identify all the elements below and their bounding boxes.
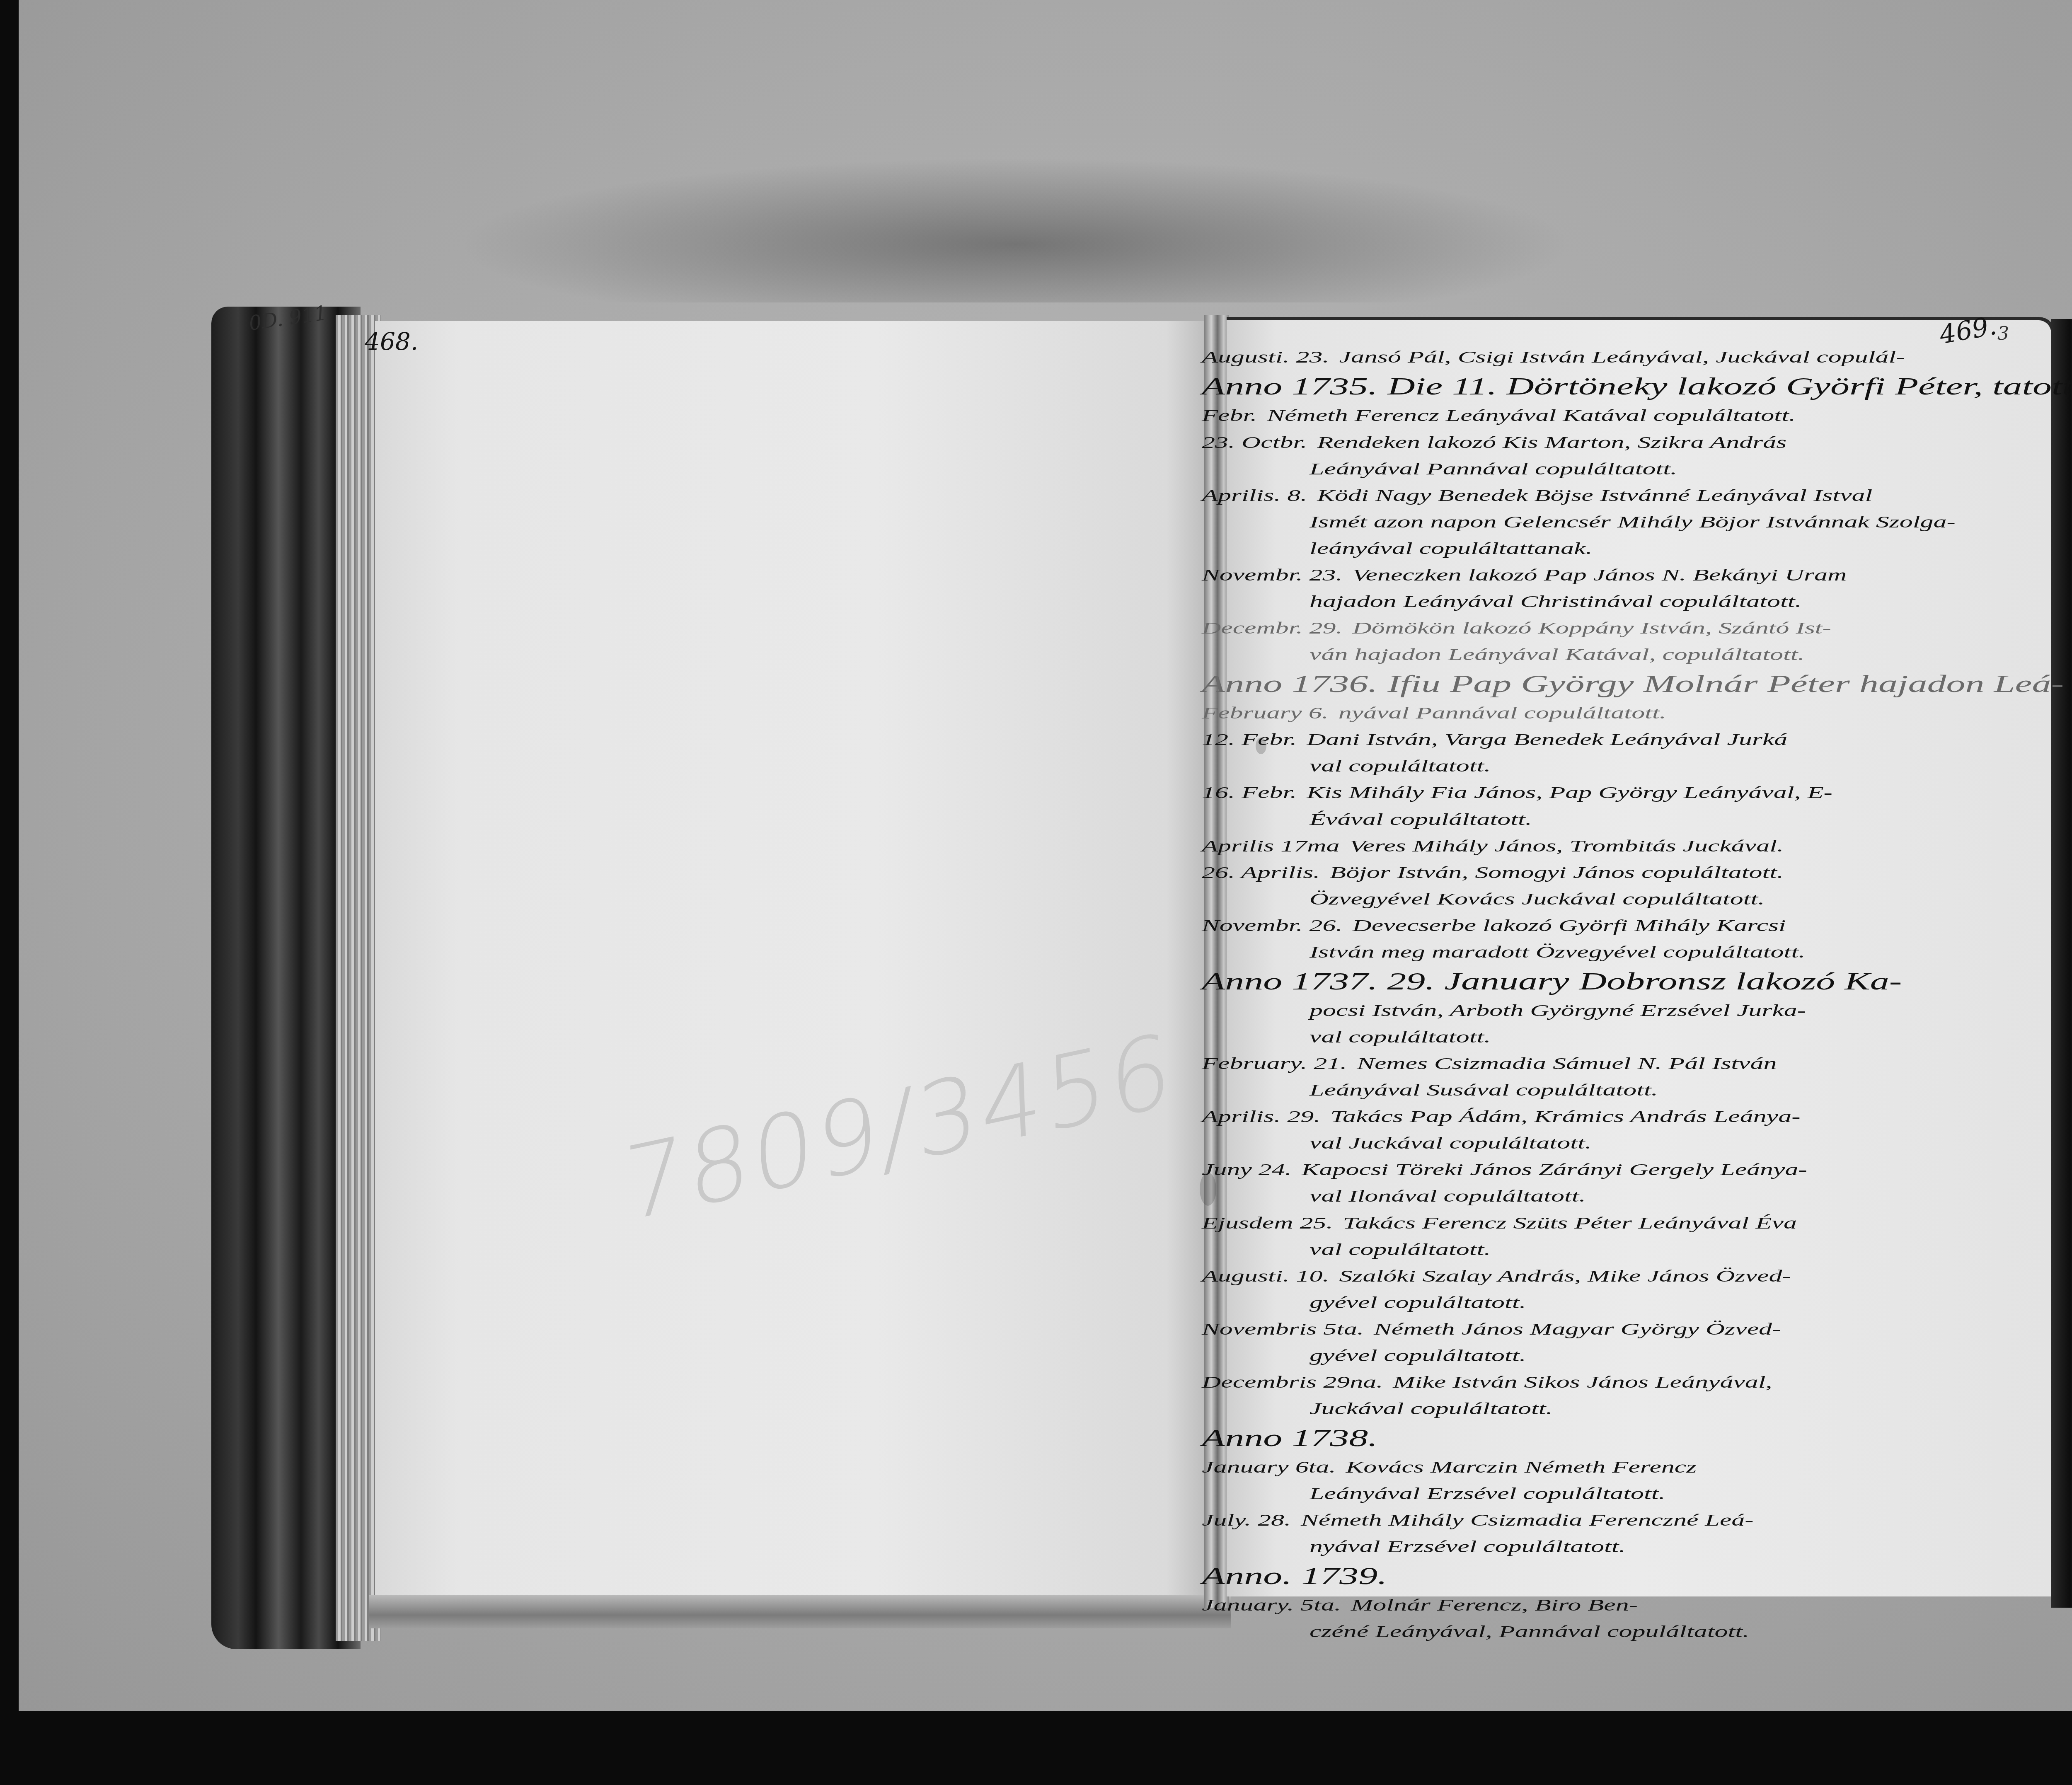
register-entry-line: Febr.Németh Ferencz Leányával Katával co… (1202, 402, 2002, 429)
register-entry-line: Juckával copuláltatott. (1202, 1396, 2002, 1422)
register-entry-line: leányával copuláltattanak. (1202, 535, 2002, 561)
register-entry-line: 12. Febr.Dani István, Varga Benedek Leán… (1202, 726, 2002, 753)
entry-date: February. 21. (1202, 1050, 1347, 1077)
register-entry-line: 23. Octbr.Rendeken lakozó Kis Marton, Sz… (1202, 429, 2002, 455)
entry-date: January 6ta. (1202, 1454, 1336, 1480)
register-entry-line: Anno 1737. 29. JanuaryDobronsz lakozó Ka… (1202, 965, 2002, 997)
register-entry-line: gyével copuláltatott. (1202, 1289, 2002, 1316)
register-entry-line: Novembr. 26.Devecserbe lakozó Györfi Mih… (1202, 912, 2002, 938)
entry-date: Aprilis. 29. (1202, 1103, 1320, 1130)
entry-text: Veneczken lakozó Pap János N. Bekányi Ur… (1353, 565, 1847, 584)
register-entry-line: pocsi István, Arboth Györgyné Erzsével J… (1202, 997, 2002, 1023)
entry-text: Kapocsi Töreki János Zárányi Gergely Leá… (1302, 1160, 1807, 1179)
entry-text: Leányával Erzsével copuláltatott. (1310, 1484, 1665, 1503)
left-page (375, 321, 1208, 1603)
register-entry-line: nyával Erzsével copuláltatott. (1202, 1533, 2002, 1560)
register-entry-line: val Juckával copuláltatott. (1202, 1130, 2002, 1156)
register-entry-line: 26. Aprilis.Böjor István, Somogyi János … (1202, 859, 2002, 885)
entry-text: val Juckával copuláltatott. (1310, 1134, 1592, 1152)
register-entry-line: val copuláltatott. (1202, 1236, 2002, 1263)
entry-text: Évával copuláltatott. (1310, 810, 1532, 828)
register-entry-line: val copuláltatott. (1202, 753, 2002, 779)
left-page-bottom-edge (369, 1595, 1231, 1628)
register-entry-line: January 6ta.Kovács Marczin Németh Ferenc… (1202, 1454, 2002, 1480)
entry-text: Németh János Magyar György Özved- (1374, 1319, 1781, 1338)
entry-date: July. 28. (1202, 1507, 1291, 1533)
right-cover-edge (2051, 319, 2072, 1608)
register-entry-line: February 6.nyával Pannával copuláltatott… (1202, 700, 2002, 726)
entry-text: pocsi István, Arboth Györgyné Erzsével J… (1310, 1001, 1806, 1019)
entry-date: Anno 1736. (1202, 668, 1377, 700)
register-entry-line: val Ilonával copuláltatott. (1202, 1183, 2002, 1209)
register-entry-line: Aprilis. 29.Takács Pap Ádám, Krámics And… (1202, 1103, 2002, 1130)
entry-text: val copuláltatott. (1310, 1027, 1491, 1046)
entry-text: Die 11. Dörtöneky lakozó Györfi Péter, t… (1387, 373, 2072, 400)
register-entry-line: val copuláltatott. (1202, 1023, 2002, 1050)
entry-text: Takács Ferencz Szüts Péter Leányával Éva (1343, 1213, 1796, 1232)
entry-text: ván hajadon Leányával Katával, copulálta… (1310, 645, 1805, 664)
entry-text: Dömökön lakozó Koppány István, Szántó Is… (1352, 619, 1831, 637)
register-entry-line: Aprilis 17maVeres Mihály János, Trombitá… (1202, 832, 2002, 859)
entry-text: Németh Ferencz Leányával Katával copulál… (1267, 406, 1796, 425)
entry-date: Juny 24. (1202, 1156, 1292, 1183)
register-entry-line: Ejusdem 25.Takács Ferencz Szüts Péter Le… (1202, 1209, 2002, 1236)
entry-date: Anno. 1739. (1202, 1560, 1387, 1592)
entry-date: Febr. (1202, 402, 1257, 429)
entry-date: 23. Octbr. (1202, 429, 1307, 455)
entry-date: Novembris 5ta. (1202, 1316, 1364, 1342)
register-entry-line: Anno. 1739. (1202, 1560, 2002, 1592)
entry-text: Juckával copuláltatott. (1310, 1399, 1553, 1418)
register-entry-line: hajadon Leányával Christinával copulálta… (1202, 588, 2002, 615)
entry-text: Özvegyével Kovács Juckával copuláltatott… (1310, 889, 1765, 908)
register-entry-line: czéné Leányával, Pannával copuláltatott. (1202, 1618, 2002, 1645)
register-entry-line: Évával copuláltatott. (1202, 806, 2002, 832)
entry-text: val copuláltatott. (1310, 1240, 1491, 1258)
entry-text: Leányával Susával copuláltatott. (1310, 1081, 1658, 1099)
entry-date: Aprilis 17ma (1202, 832, 1339, 859)
register-entry-line: ván hajadon Leányával Katával, copulálta… (1202, 641, 2002, 668)
entry-text: Kovács Marczin Németh Ferencz (1346, 1458, 1697, 1476)
register-entries: Augusti. 23.Jansó Pál, Csigi István Leán… (1202, 344, 2002, 1645)
entry-date: Novembr. 23. (1202, 561, 1343, 588)
register-entry-line: Ismét azon napon Gelencsér Mihály Böjor … (1202, 508, 2002, 535)
entry-text: István meg maradott Özvegyével copulálta… (1310, 942, 1805, 961)
entry-text: Mike István Sikos János Leányával, (1393, 1373, 1772, 1391)
entry-date: 12. Febr. (1202, 726, 1297, 753)
entry-date: Decembr. 29. (1202, 615, 1342, 641)
register-entry-line: Anno 1738. (1202, 1422, 2002, 1454)
entry-date: Decembris 29na. (1202, 1369, 1383, 1396)
entry-date: 26. Aprilis. (1202, 859, 1320, 885)
left-page-number: 468. (365, 327, 418, 356)
entry-text: val Ilonával copuláltatott. (1310, 1187, 1586, 1205)
entry-text: Molnár Ferencz, Biro Ben- (1351, 1596, 1638, 1614)
register-entry-line: Aprilis. 8.Ködi Nagy Benedek Böjse Istvá… (1202, 482, 2002, 508)
entry-text: Kis Mihály Fia János, Pap György Leányáv… (1307, 783, 1832, 802)
register-entry-line: Anno 1736.Ifiu Pap György Molnár Péter h… (1202, 668, 2002, 700)
register-entry-line: Leányával Pannával copuláltatott. (1202, 455, 2002, 482)
entry-text: Dani István, Varga Benedek Leányával Jur… (1307, 730, 1787, 749)
register-entry-line: January. 5ta.Molnár Ferencz, Biro Ben- (1202, 1592, 2002, 1618)
entry-text: czéné Leányával, Pannával copuláltatott. (1310, 1622, 1749, 1641)
register-entry-line: Decembris 29na.Mike István Sikos János L… (1202, 1369, 2002, 1396)
entry-date: Augusti. 23. (1202, 344, 1329, 370)
page-stack (336, 315, 381, 1641)
entry-text: Ködi Nagy Benedek Böjse Istvánné Leányáv… (1317, 486, 1872, 504)
register-entry-line: Augusti. 10.Szalóki Szalay András, Mike … (1202, 1263, 2002, 1289)
entry-date: January. 5ta. (1202, 1592, 1341, 1618)
entry-text: Leányával Pannával copuláltatott. (1310, 459, 1677, 478)
entry-date: Anno 1737. 29. January (1202, 965, 1569, 997)
entry-date: Novembr. 26. (1202, 912, 1343, 938)
entry-text: Böjor István, Somogyi János copuláltatot… (1330, 863, 1784, 881)
entry-text: Veres Mihály János, Trombitás Juckával. (1349, 836, 1784, 855)
entry-text: Ifiu Pap György Molnár Péter hajadon Leá… (1387, 670, 2064, 697)
register-entry-line: Özvegyével Kovács Juckával copuláltatott… (1202, 885, 2002, 912)
entry-text: nyával Erzsével copuláltatott. (1310, 1537, 1626, 1556)
entry-date: Ejusdem 25. (1202, 1209, 1333, 1236)
register-entry-line: Decembr. 29.Dömökön lakozó Koppány Istvá… (1202, 615, 2002, 641)
entry-text: Dobronsz lakozó Ka- (1579, 967, 1902, 994)
book-shadow (456, 157, 1575, 302)
register-entry-line: István meg maradott Özvegyével copulálta… (1202, 938, 2002, 965)
edge-mark: 3 (1997, 323, 2009, 344)
register-entry-line: Juny 24.Kapocsi Töreki János Zárányi Ger… (1202, 1156, 2002, 1183)
entry-text: Takács Pap Ádám, Krámics András Leánya- (1330, 1107, 1800, 1126)
entry-text: leányával copuláltattanak. (1310, 539, 1593, 557)
entry-date: Anno 1735. (1202, 370, 1377, 402)
register-entry-line: July. 28.Németh Mihály Csizmadia Ferencz… (1202, 1507, 2002, 1533)
register-entry-line: Augusti. 23.Jansó Pál, Csigi István Leán… (1202, 344, 2002, 370)
entry-date: Augusti. 10. (1202, 1263, 1329, 1289)
register-entry-line: Anno 1735.Die 11. Dörtöneky lakozó Györf… (1202, 370, 2002, 402)
entry-text: Devecserbe lakozó Györfi Mihály Karcsi (1353, 916, 1786, 934)
register-entry-line: Leányával Susával copuláltatott. (1202, 1077, 2002, 1103)
entry-text: Németh Mihály Csizmadia Ferenczné Leá- (1301, 1511, 1754, 1529)
register-entry-line: Novembris 5ta.Németh János Magyar György… (1202, 1316, 2002, 1342)
entry-text: gyével copuláltatott. (1310, 1293, 1526, 1311)
entry-text: Jansó Pál, Csigi István Leányával, Jucká… (1339, 348, 1905, 366)
entry-date: Anno 1738. (1202, 1422, 1377, 1454)
entry-text: val copuláltatott. (1310, 757, 1491, 775)
register-entry-line: Leányával Erzsével copuláltatott. (1202, 1480, 2002, 1507)
entry-date: February 6. (1202, 700, 1329, 726)
entry-text: gyével copuláltatott. (1310, 1346, 1526, 1364)
entry-text: Nemes Csizmadia Sámuel N. Pál István (1357, 1054, 1777, 1073)
entry-date: Aprilis. 8. (1202, 482, 1307, 508)
register-entry-line: gyével copuláltatott. (1202, 1342, 2002, 1369)
register-entry-line: 16. Febr.Kis Mihály Fia János, Pap Györg… (1202, 779, 2002, 806)
register-entry-line: Novembr. 23.Veneczken lakozó Pap János N… (1202, 561, 2002, 588)
entry-date: 16. Febr. (1202, 779, 1297, 806)
entry-text: Szalóki Szalay András, Mike János Özved- (1339, 1266, 1791, 1285)
entry-text: Ismét azon napon Gelencsér Mihály Böjor … (1310, 512, 1956, 531)
entry-text: Rendeken lakozó Kis Marton, Szikra Andrá… (1317, 433, 1786, 451)
entry-text: nyával Pannával copuláltatott. (1339, 704, 1666, 722)
entry-text: hajadon Leányával Christinával copulálta… (1310, 592, 1802, 611)
register-entry-line: February. 21.Nemes Csizmadia Sámuel N. P… (1202, 1050, 2002, 1077)
